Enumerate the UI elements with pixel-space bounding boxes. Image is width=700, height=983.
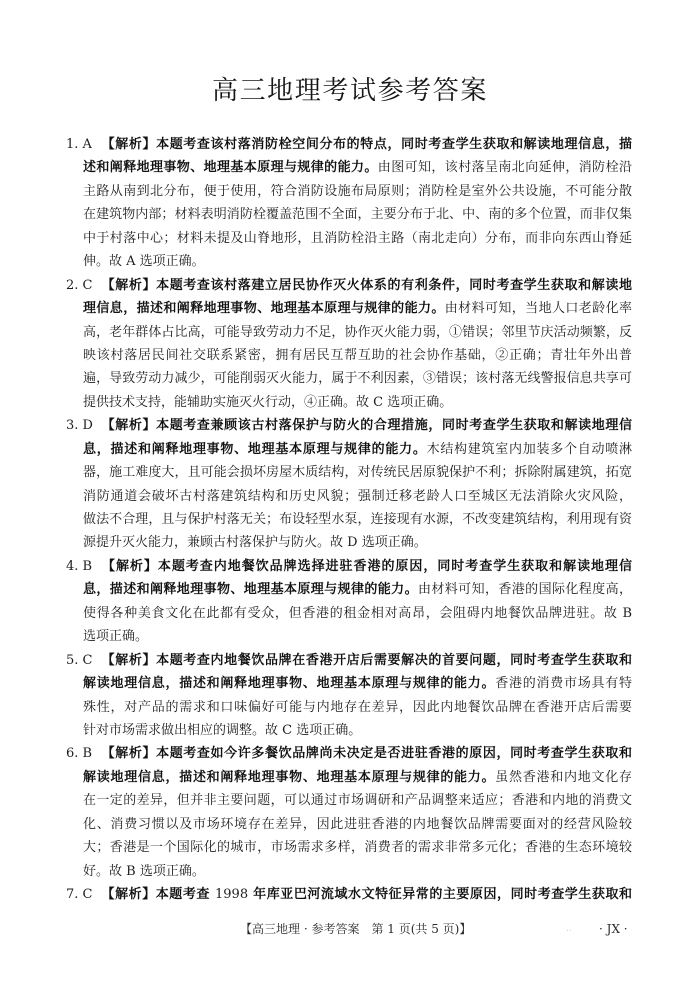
answer-line: 解读地理信息，描述和阐释地理事物、地理基本原理与规律的能力。虽然香港和内地文化存: [66, 766, 632, 789]
answer-line: 选项正确。: [66, 625, 632, 648]
answer-line: 在一定的差异，但并非主要问题，可以通过市场调研和产品调整来适应；香港和内地的消费…: [66, 789, 632, 812]
answer-line: 源提升灭火能力，兼顾古村落保护与防火。故 D 选项正确。: [66, 531, 632, 554]
answer-line: 息，描述和阐释地理事物、地理基本原理与规律的能力。由材料可知，香港的国际化程度高…: [66, 578, 632, 601]
answer-line: 1. A【解析】本题考查该村落消防栓空间分布的特点，同时考查学生获取和解读地理信…: [66, 133, 632, 156]
answer-line: 提供技术支持，能辅助实施灭火行动，④正确。故 C 选项正确。: [66, 391, 632, 414]
analysis-text: 由材料可知，当地人口老龄化率: [445, 301, 632, 316]
answer-line: 6. B【解析】本题考查如今许多餐饮品牌尚未决定是否进驻香港的原因，同时考查学生…: [66, 742, 632, 765]
answer-line: 伸。故 A 选项正确。: [66, 250, 632, 273]
answer-item-3: 3. D【解析】本题考查兼顾该古村落保护与防火的合理措施，同时考查学生获取和解读…: [66, 414, 632, 555]
question-number: 2. C: [66, 274, 101, 297]
answer-item-4: 4. B【解析】本题考查内地餐饮品牌选择进驻香港的原因，同时考查学生获取和解读地…: [66, 555, 632, 649]
analysis-heading: 【解析】本题考查: [101, 887, 215, 902]
answer-line: 3. D【解析】本题考查兼顾该古村落保护与防火的合理措施，同时考查学生获取和解读…: [66, 414, 632, 437]
analysis-heading: 【解析】本题考查兼顾该古村落保护与防火的合理措施，同时考查学生获取和解读地理信: [101, 418, 632, 433]
answer-line: 述和阐释地理事物、地理基本原理与规律的能力。由图可知，该村落呈南北向延伸，消防栓…: [66, 156, 632, 179]
answer-line: 4. B【解析】本题考查内地餐饮品牌选择进驻香港的原因，同时考查学生获取和解读地…: [66, 555, 632, 578]
answer-line: 映该村落居民间社交联系紧密，拥有居民互帮互助的社会协作基础，②正确；青壮年外出普: [66, 344, 632, 367]
answer-line: 中于村落中心；材料未提及山脊地形，且消防栓沿主路（南北走向）分布，而非向东西山脊…: [66, 227, 632, 250]
question-number: 1. A: [66, 133, 101, 156]
page-footer: 【高三地理 · 参考答案 第 1 页(共 5 页)】 ‥ · JX ·: [0, 920, 700, 938]
analysis-heading: 述和阐释地理事物、地理基本原理与规律的能力。: [83, 160, 378, 175]
answer-line: 器，施工难度大，且可能会损坏房屋木质结构，对传统民居原貌保护不利；拆除附属建筑，…: [66, 461, 632, 484]
answer-line: 5. C【解析】本题考查内地餐饮品牌在香港开店后需要解决的首要问题，同时考查学生…: [66, 649, 632, 672]
document-page: 高三地理考试参考答案 1. A【解析】本题考查该村落消防栓空间分布的特点，同时考…: [0, 0, 700, 983]
answer-line: 7. C【解析】本题考查 1998 年库亚巴河流域水文特征异常的主要原因，同时考…: [66, 883, 632, 906]
analysis-heading: 【解析】本题考查内地餐饮品牌在香港开店后需要解决的首要问题，同时考查学生获取和: [101, 653, 632, 668]
analysis-heading: 息，描述和阐释地理事物、地理基本原理与规律的能力。: [83, 442, 427, 457]
answer-line: 化、消费习惯以及市场环境存在差异，因此进驻香港的内地餐饮品牌需要面对的经营风险较: [66, 813, 632, 836]
question-number: 3. D: [66, 414, 101, 437]
analysis-heading: 解读地理信息，描述和阐释地理事物、地理基本原理与规律的能力。: [83, 770, 495, 785]
page-title: 高三地理考试参考答案: [0, 74, 700, 108]
answer-line: 使得各种美食文化在此都有受众，但香港的租金相对高昂，会阻碍内地餐饮品牌进驻。故 …: [66, 602, 632, 625]
answer-list: 1. A【解析】本题考查该村落消防栓空间分布的特点，同时考查学生获取和解读地理信…: [66, 133, 632, 906]
answer-line: 针对市场需求做出相应的调整。故 C 选项正确。: [66, 719, 632, 742]
answer-line: 遍，导致劳动力减少，可能削弱灭火能力，属于不利因素，③错误；该村落无线警报信息共…: [66, 367, 632, 390]
analysis-heading: 【解析】本题考查该村落消防栓空间分布的特点，同时考查学生获取和解读地理信息，描: [101, 137, 632, 152]
analysis-heading: 解读地理信息，描述和阐释地理事物、地理基本原理与规律的能力。: [83, 676, 495, 691]
answer-line: 解读地理信息，描述和阐释地理事物、地理基本原理与规律的能力。香港的消费市场具有特: [66, 672, 632, 695]
answer-line: 殊性，对产品的需求和口味偏好可能与内地存在差异，因此内地餐饮品牌在香港开店后需要: [66, 696, 632, 719]
answer-item-2: 2. C【解析】本题考查该村落建立居民协作灭火体系的有利条件，同时考查学生获取和…: [66, 274, 632, 415]
analysis-heading: 【解析】本题考查如今许多餐饮品牌尚未决定是否进驻香港的原因，同时考查学生获取和: [101, 746, 632, 761]
analysis-text: 由图可知，该村落呈南北向延伸，消防栓沿: [378, 160, 632, 175]
analysis-heading: 息，描述和阐释地理事物、地理基本原理与规律的能力。: [83, 582, 418, 597]
answer-line: 好。故 B 选项正确。: [66, 860, 632, 883]
answer-line: 主路从南到北分布，便于使用，符合消防设施布局原则；消防栓是室外公共设施，不可能分…: [66, 180, 632, 203]
answer-line: 息，描述和阐释地理事物、地理基本原理与规律的能力。木结构建筑室内加装多个自动喷淋: [66, 438, 632, 461]
answer-line: 2. C【解析】本题考查该村落建立居民协作灭火体系的有利条件，同时考查学生获取和…: [66, 274, 632, 297]
answer-line: 在建筑物内部；材料表明消防栓覆盖范围不全面，主要分布于北、中、南的多个位置，而非…: [66, 203, 632, 226]
question-number: 6. B: [66, 742, 101, 765]
answer-item-7: 7. C【解析】本题考查 1998 年库亚巴河流域水文特征异常的主要原因，同时考…: [66, 883, 632, 906]
scan-mark: ‥: [566, 920, 572, 938]
answer-line: 消防通道会破坏古村落建筑结构和历史风貌；强制迁移老龄人口至城区无法消除火灾风险，: [66, 485, 632, 508]
analysis-text: 虽然香港和内地文化存: [495, 770, 632, 785]
page-info: 【高三地理 · 参考答案 第 1 页(共 5 页)】: [240, 920, 462, 938]
analysis-heading: 【解析】本题考查该村落建立居民协作灭火体系的有利条件，同时考查学生获取和解读地: [101, 278, 632, 293]
analysis-text: 木结构建筑室内加装多个自动喷淋: [427, 442, 632, 457]
question-number: 4. B: [66, 555, 101, 578]
answer-line: 做法不合理，且与保护村落无关；布设轻型水泵，连接现有水源，不改变建筑结构，利用现…: [66, 508, 632, 531]
analysis-heading: 理信息，描述和阐释地理事物、地理基本原理与规律的能力。: [83, 301, 445, 316]
analysis-text: 由材料可知，香港的国际化程度高，: [418, 582, 632, 597]
question-number: 5. C: [66, 649, 101, 672]
answer-item-1: 1. A【解析】本题考查该村落消防栓空间分布的特点，同时考查学生获取和解读地理信…: [66, 133, 632, 274]
analysis-text: 香港的消费市场具有特: [495, 676, 632, 691]
answer-item-5: 5. C【解析】本题考查内地餐饮品牌在香港开店后需要解决的首要问题，同时考查学生…: [66, 649, 632, 743]
answer-line: 高，老年群体占比高，可能导致劳动力不足，协作灭火能力弱，①错误；邻里节庆活动频繁…: [66, 321, 632, 344]
edition-code: · JX ·: [599, 920, 628, 938]
analysis-heading: 年库亚巴河流域水文特征异常的主要原因，同时考查学生获取和: [248, 887, 632, 902]
answer-item-6: 6. B【解析】本题考查如今许多餐饮品牌尚未决定是否进驻香港的原因，同时考查学生…: [66, 742, 632, 883]
year-value: 1998: [215, 887, 248, 902]
question-number: 7. C: [66, 883, 101, 906]
answer-line: 理信息，描述和阐释地理事物、地理基本原理与规律的能力。由材料可知，当地人口老龄化…: [66, 297, 632, 320]
answer-line: 大；香港是一个国际化的城市，市场需求多样，消费者的需求非常多元化；香港的生态环境…: [66, 836, 632, 859]
analysis-heading: 【解析】本题考查内地餐饮品牌选择进驻香港的原因，同时考查学生获取和解读地理信: [101, 559, 632, 574]
